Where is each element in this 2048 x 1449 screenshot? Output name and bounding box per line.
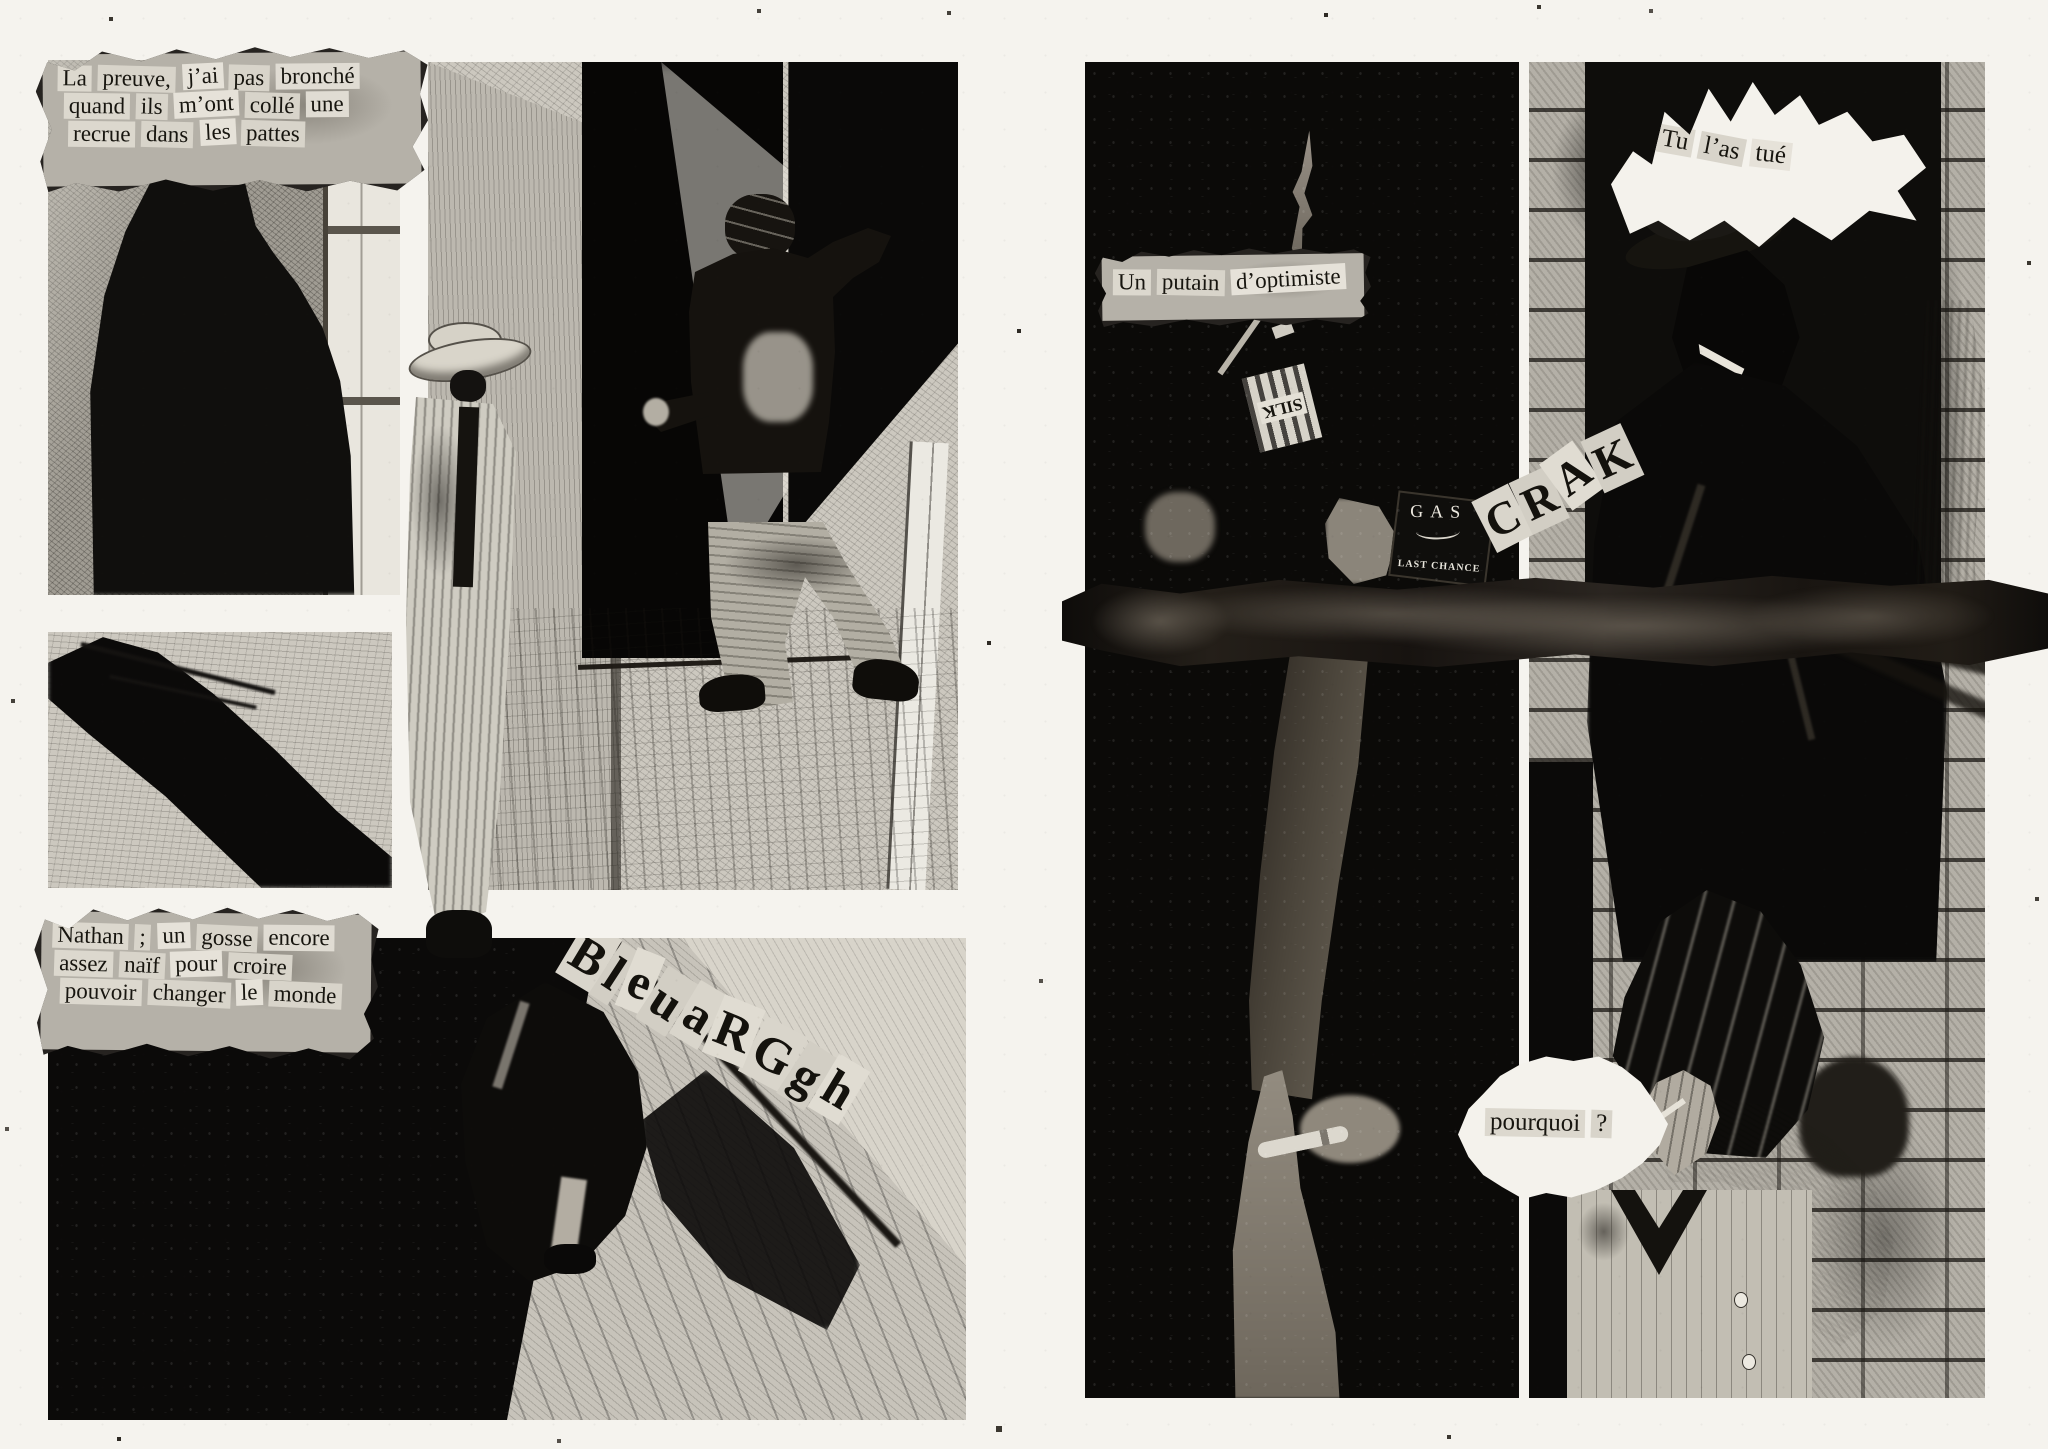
cigarette-pack-label: SILK xyxy=(1257,392,1308,425)
figure-shadow xyxy=(48,632,392,888)
caption-1-line-3: recruedanslespattes xyxy=(55,117,421,148)
nathan-left-hand xyxy=(643,398,669,426)
caption-narration-1: Lapreuve,j’aipasbronché quandilsm’ontcol… xyxy=(35,44,428,193)
nathan-shoe-left xyxy=(698,673,766,714)
caption-2-line-1: Nathan;ungosseencore xyxy=(49,921,371,952)
straw-hat-figure xyxy=(398,322,538,965)
nathan-shoe-right xyxy=(851,657,921,704)
caption-1-line-2: quandilsm’ontcolléune xyxy=(55,89,421,120)
panel-dark-room: Unputaind’optimiste SILK GAS LAST CHANCE xyxy=(1085,62,1519,1398)
hand-left-blob xyxy=(1145,492,1215,562)
crouching-figure xyxy=(448,982,664,1282)
matchbox-slogan: LAST CHANCE xyxy=(1397,558,1480,575)
hand-thumb-blob xyxy=(1300,1095,1400,1163)
caption-2-line-2: asseznaïfpourcroire xyxy=(49,949,371,980)
caption-1-line-1: Lapreuve,j’aipasbronché xyxy=(55,61,421,92)
paper-specks xyxy=(0,0,2,2)
caption-3-text: Unputaind’optimiste xyxy=(1102,253,1365,296)
caption-2-paper: Nathan;ungosseencore asseznaïfpourcroire… xyxy=(40,911,371,1052)
jacket-back-highlight xyxy=(743,332,813,422)
panel-brick-wall: Tul’astué xyxy=(1529,62,1985,1398)
caption-1-paper: Lapreuve,j’aipasbronché quandilsm’ontcol… xyxy=(42,51,421,186)
caption-2-line-3: pouvoirchangerlemonde xyxy=(49,977,371,1008)
pinstripe-shirt xyxy=(1567,1190,1812,1398)
left-page: BleuaRGgh Lapreuve,j’aipasbronché quandi… xyxy=(0,0,1024,1449)
vertical-arm-photo xyxy=(1235,648,1375,1118)
caption-narration-2: Nathan;ungosseencore asseznaïfpourcroire… xyxy=(33,904,379,1060)
comic-spread: BleuaRGgh Lapreuve,j’aipasbronché quandi… xyxy=(0,0,2048,1449)
matchbox-brand: GAS xyxy=(1410,501,1467,523)
right-page: Unputaind’optimiste SILK GAS LAST CHANCE xyxy=(1024,0,2048,1449)
caption-narration-3: Unputaind’optimiste xyxy=(1094,246,1371,328)
caption-1-lines: Lapreuve,j’aipasbronché quandilsm’ontcol… xyxy=(42,51,421,148)
hat-man-head xyxy=(450,370,486,402)
crouch-shoe xyxy=(544,1244,596,1274)
cigarette-pack-silk: SILK xyxy=(1242,363,1322,452)
hat-man-boots xyxy=(426,910,492,958)
matchbox-squiggle xyxy=(1416,523,1460,540)
panel-ground-shadow xyxy=(48,632,392,888)
shirt-button-1 xyxy=(1734,1292,1748,1308)
hand-holding-matchbox xyxy=(1325,498,1397,584)
nathan-figure xyxy=(683,192,923,717)
caption-3-paper: Unputaind’optimiste xyxy=(1102,253,1365,321)
caption-2-lines: Nathan;ungosseencore asseznaïfpourcroire… xyxy=(41,911,372,1008)
shirt-button-2 xyxy=(1742,1354,1756,1370)
corner-shading xyxy=(428,62,518,172)
